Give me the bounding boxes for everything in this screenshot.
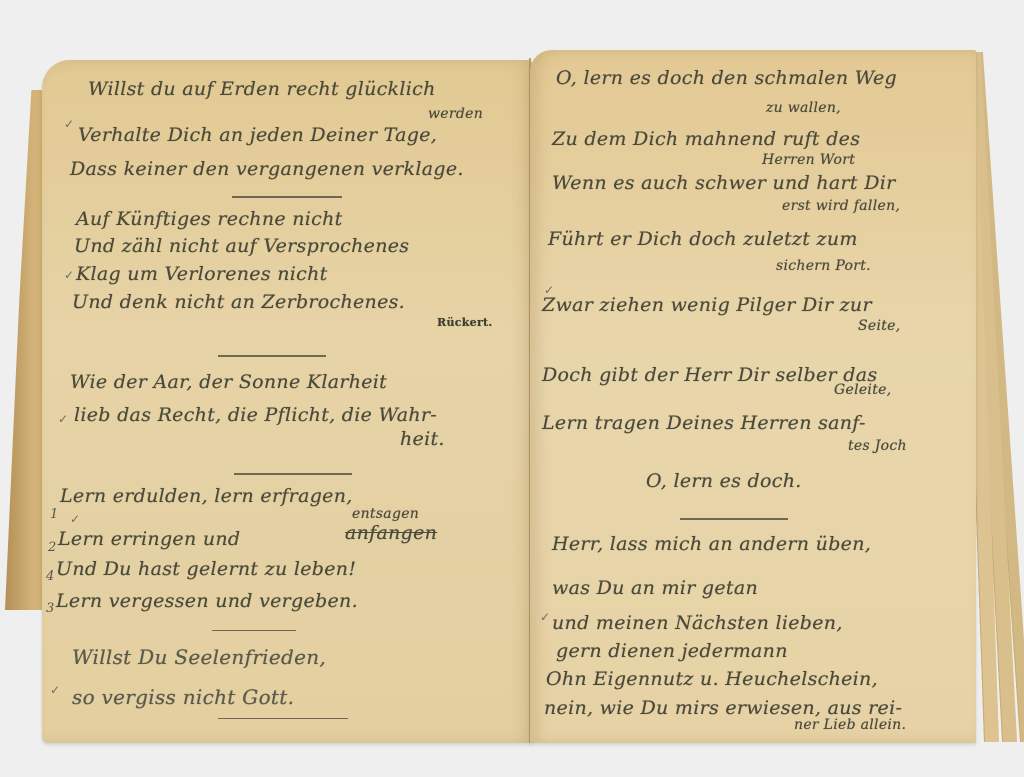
- correction-word: entsagen: [352, 506, 419, 522]
- right-poem1-line7: Lern tragen Deines Herren sanf-: [542, 412, 866, 434]
- left-poem1-line1: Willst du auf Erden recht glücklich: [88, 78, 436, 100]
- section-divider: [218, 355, 326, 357]
- right-poem1-line1: O, lern es doch den schmalen Weg: [556, 67, 897, 89]
- left-poem3-line2: lieb das Recht, die Pflicht, die Wahr-: [74, 404, 437, 426]
- left-poem4-line4: Lern vergessen und vergeben.: [56, 590, 358, 612]
- check-mark-icon: ✓: [540, 610, 550, 624]
- left-poem5-line1: Willst Du Seelenfrieden,: [72, 645, 326, 669]
- verse-number: 2: [48, 540, 56, 555]
- left-poem2-line1: Auf Künftiges rechne nicht: [76, 208, 343, 230]
- check-mark-icon: ✓: [64, 268, 74, 282]
- right-poem2-line4: gern dienen jedermann: [556, 640, 788, 662]
- right-poem1-line3: Wenn es auch schwer und hart Dir: [552, 172, 896, 194]
- left-poem4-line1: Lern erdulden, lern erfragen,: [60, 485, 353, 507]
- right-poem1-line4-cont: sichern Port.: [776, 258, 871, 274]
- right-poem1-line4: Führt er Dich doch zuletzt zum: [548, 228, 858, 250]
- open-notebook: Willst du auf Erden recht glücklich werd…: [0, 0, 1024, 777]
- left-poem2-line3: Klag um Verlorenes nicht: [76, 263, 328, 285]
- left-poem2-line2: Und zähl nicht auf Versprochenes: [74, 235, 409, 257]
- right-poem1-line1-cont: zu wallen,: [766, 100, 841, 116]
- underline: [218, 718, 348, 719]
- right-poem1-line5: Zwar ziehen wenig Pilger Dir zur: [542, 294, 872, 316]
- right-poem2-line2: was Du an mir getan: [552, 577, 758, 599]
- check-mark-icon: ✓: [64, 117, 74, 131]
- verse-number: 4: [46, 569, 54, 584]
- right-poem2-line3: und meinen Nächsten lieben,: [552, 612, 843, 634]
- left-poem5-line2: so vergiss nicht Gott.: [72, 685, 294, 709]
- section-divider: [680, 518, 788, 520]
- left-poem4-line3: Und Du hast gelernt zu leben!: [56, 558, 356, 580]
- section-divider: [232, 196, 342, 198]
- left-poem2-line4: Und denk nicht an Zerbrochenes.: [72, 291, 405, 313]
- right-poem1-line6-cont: Geleite,: [834, 382, 891, 398]
- right-poem1-line6: Doch gibt der Herr Dir selber das: [542, 364, 877, 386]
- left-poem3-line1: Wie der Aar, der Sonne Klarheit: [70, 371, 387, 393]
- right-poem2-line1: Herr, lass mich an andern üben,: [552, 533, 871, 555]
- verse-number: 3: [46, 601, 54, 616]
- section-divider: [234, 473, 352, 475]
- left-poem1-line1-cont: werden: [428, 106, 483, 122]
- right-poem1-line2: Zu dem Dich mahnend ruft des: [552, 128, 860, 150]
- left-poem1-line2: Verhalte Dich an jeden Deiner Tage,: [78, 124, 437, 146]
- right-poem1-line2-cont: Herren Wort: [762, 152, 855, 168]
- right-poem1-line5-cont: Seite,: [858, 318, 901, 334]
- check-mark-icon: ✓: [58, 412, 68, 426]
- struck-word: anfangen: [345, 522, 437, 544]
- verse-number: 1: [50, 507, 58, 522]
- section-divider: [212, 630, 296, 631]
- right-poem2-line6: nein, wie Du mirs erwiesen, aus rei-: [544, 697, 902, 719]
- right-poem2-line5: Ohn Eigennutz u. Heuchelschein,: [546, 668, 878, 690]
- left-poem1-line3: Dass keiner den vergangenen verklage.: [70, 158, 464, 180]
- right-poem1-line3-cont: erst wird fallen,: [782, 198, 900, 214]
- right-poem1-refrain: O, lern es doch.: [646, 470, 802, 492]
- poem-signature: Rückert.: [437, 316, 493, 329]
- right-poem2-line6-cont: ner Lieb allein.: [794, 717, 906, 733]
- right-poem1-line7-cont: tes Joch: [848, 438, 907, 454]
- left-poem3-line3: heit.: [400, 428, 445, 450]
- check-mark-icon: ✓: [70, 512, 80, 526]
- left-poem4-line2: Lern erringen und: [58, 528, 240, 550]
- check-mark-icon: ✓: [50, 683, 60, 697]
